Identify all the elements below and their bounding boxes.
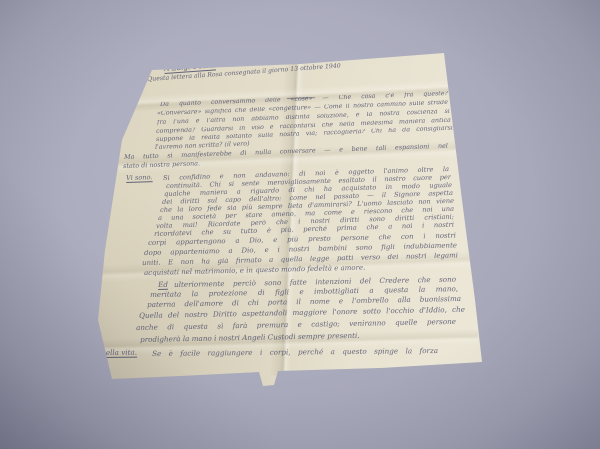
handwriting-line: Se è facile raggiungere i corpi, perché … [152,347,438,359]
letter-paper: A Luigi e RinaQuesta lettera alla Rosa c… [0,0,600,449]
letter-salutation: A Luigi e Rina [164,61,216,72]
letter-dateline: Questa lettera alla Rosa consegnata il g… [147,63,341,83]
margin-annotation: Della vita. [100,349,137,357]
margin-annotation: Ed [158,281,168,288]
handwriting-line: prodigherà la mano i nostri Angeli Custo… [140,332,360,343]
margin-annotation: Vi sono. [126,174,153,181]
handwriting-text: A Luigi e RinaQuesta lettera alla Rosa c… [0,0,600,449]
handwriting-line: stato di nostra persona. [123,160,200,169]
photo-background: A Luigi e RinaQuesta lettera alla Rosa c… [0,0,600,449]
